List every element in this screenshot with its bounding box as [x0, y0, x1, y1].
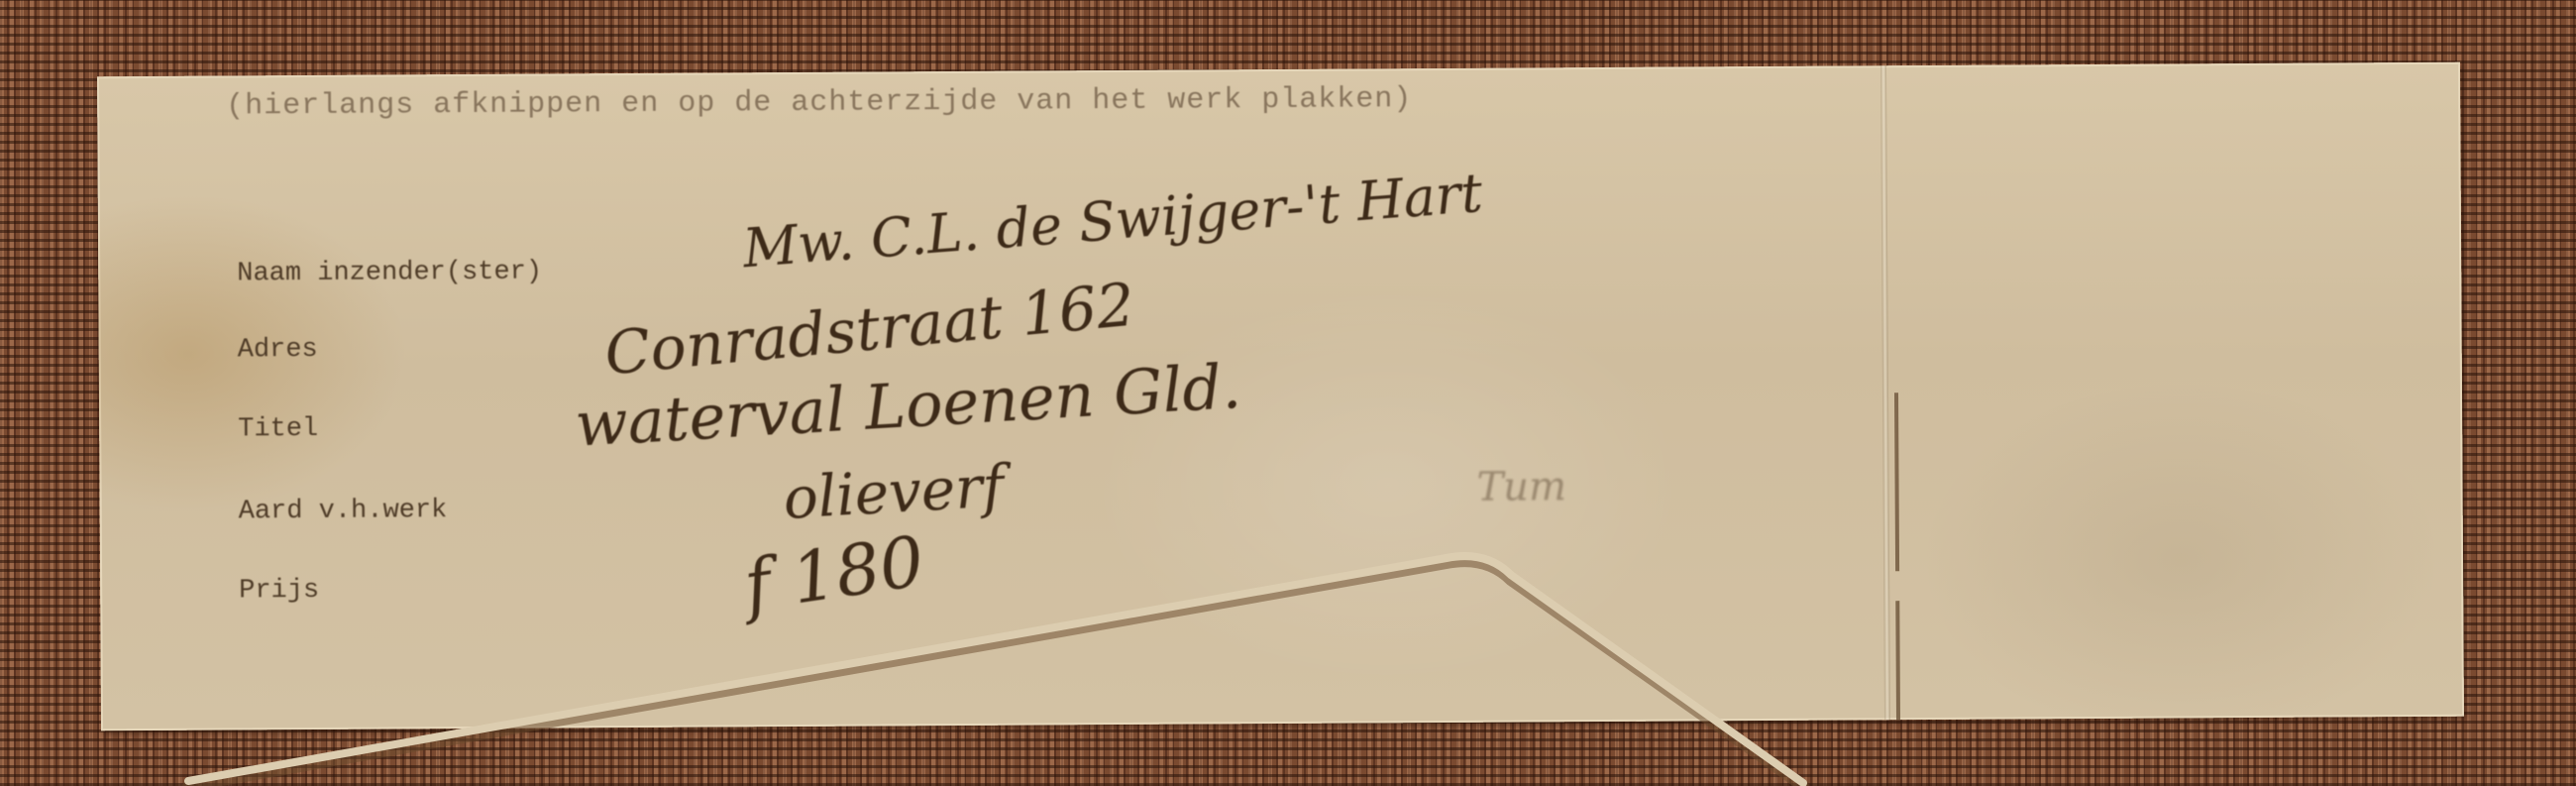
hanging-wire	[0, 0, 2576, 786]
